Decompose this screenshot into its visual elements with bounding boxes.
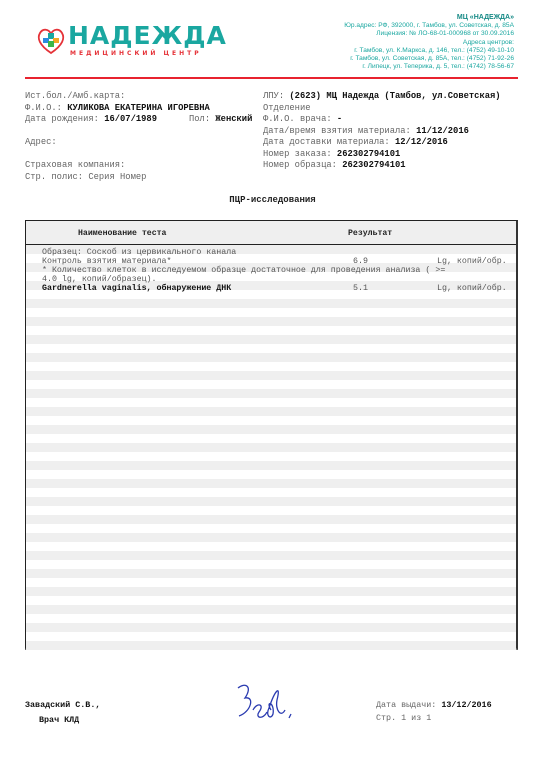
page-number: Стр. 1 из 1 bbox=[376, 713, 492, 723]
table-stripe bbox=[26, 497, 516, 506]
lpu-label: ЛПУ: bbox=[263, 91, 284, 101]
org-center-3: г. Липецк, ул. Теперика, д. 5, тел.: (47… bbox=[344, 63, 514, 71]
table-stripe bbox=[26, 605, 516, 614]
col-test-header: Наименование теста bbox=[78, 229, 166, 238]
table-body: Образец: Соскоб из цервикального канала … bbox=[26, 245, 516, 650]
results-table: Наименование теста Результат Образец: Со… bbox=[25, 220, 518, 650]
issue-date-label: Дата выдачи: bbox=[376, 700, 436, 710]
doctor-name: Завадский С.В., bbox=[25, 700, 100, 710]
table-row-test: Контроль взятия материала* bbox=[42, 257, 171, 266]
doctor-label: Ф.И.О. врача: bbox=[263, 114, 332, 124]
logo-subtitle: МЕДИЦИНСКИЙ ЦЕНТР bbox=[70, 50, 202, 57]
table-row-unit: Lg, копий/обр. bbox=[437, 284, 507, 293]
taken-label: Дата/время взятия материала: bbox=[263, 126, 411, 136]
sample-no-label: Номер образца: bbox=[263, 160, 337, 170]
patient-dob: 16/07/1989 bbox=[104, 114, 157, 124]
table-stripe bbox=[26, 533, 516, 542]
issue-info: Дата выдачи: 13/12/2016 Стр. 1 из 1 bbox=[376, 700, 492, 723]
table-row-note: * Количество клеток в исследуемом образц… bbox=[42, 266, 445, 275]
patient-name: КУЛИКОВА ЕКАТЕРИНА ИГОРЕВНА bbox=[67, 103, 210, 113]
table-stripe bbox=[26, 434, 516, 443]
table-stripe bbox=[26, 578, 516, 587]
table-stripe bbox=[26, 542, 516, 551]
table-stripe bbox=[26, 569, 516, 578]
doctor-value: - bbox=[337, 114, 342, 124]
table-stripe bbox=[26, 479, 516, 488]
table-stripe bbox=[26, 488, 516, 497]
table-stripe bbox=[26, 506, 516, 515]
table-stripe bbox=[26, 380, 516, 389]
table-row-unit: Lg, копий/обр. bbox=[437, 257, 507, 266]
policy-label: Стр. полис: Серия Номер bbox=[25, 172, 146, 182]
table-stripe bbox=[26, 299, 516, 308]
table-header: Наименование теста Результат bbox=[26, 221, 516, 245]
heart-cross-icon bbox=[36, 26, 66, 56]
table-stripe bbox=[26, 371, 516, 380]
table-stripe bbox=[26, 596, 516, 605]
table-stripe bbox=[26, 632, 516, 641]
table-stripe bbox=[26, 641, 516, 650]
order-no-label: Номер заказа: bbox=[263, 149, 332, 159]
table-row-value: 6.9 bbox=[353, 257, 368, 266]
table-row-note-cont: 4.0 lg, копий/образец). bbox=[42, 275, 157, 284]
table-stripe bbox=[26, 317, 516, 326]
org-name: МЦ «НАДЕЖДА» bbox=[344, 14, 514, 22]
table-stripe bbox=[26, 308, 516, 317]
table-row-test: Gardnerella vaginalis, обнаружение ДНК bbox=[42, 284, 231, 293]
table-stripe bbox=[26, 515, 516, 524]
header-divider bbox=[25, 77, 518, 79]
order-number: 262302794101 bbox=[337, 149, 400, 159]
order-info: ЛПУ: (2623) МЦ Надежда (Тамбов, ул.Совет… bbox=[263, 91, 501, 172]
table-stripe bbox=[26, 623, 516, 632]
patient-info: Ист.бол./Амб.карта: Ф.И.О.: КУЛИКОВА ЕКА… bbox=[25, 91, 252, 183]
org-license: Лицензия: № ЛО-68-01-000968 от 30.09.201… bbox=[344, 30, 514, 38]
table-stripe bbox=[26, 362, 516, 371]
sample-line: Образец: Соскоб из цервикального канала bbox=[42, 248, 236, 257]
logo-title: НАДЕЖДА bbox=[68, 21, 227, 50]
table-stripe bbox=[26, 443, 516, 452]
sex-label: Пол: bbox=[189, 114, 210, 124]
table-stripe bbox=[26, 398, 516, 407]
table-stripe bbox=[26, 452, 516, 461]
org-center-1: г. Тамбов, ул. К.Маркса, д. 146, тел.: (… bbox=[344, 47, 514, 55]
table-stripe bbox=[26, 353, 516, 362]
dob-label: Дата рождения: bbox=[25, 114, 99, 124]
table-stripe bbox=[26, 560, 516, 569]
table-stripe bbox=[26, 470, 516, 479]
table-row-value: 5.1 bbox=[353, 284, 368, 293]
table-stripe bbox=[26, 407, 516, 416]
table-stripe bbox=[26, 461, 516, 470]
taken-date: 11/12/2016 bbox=[416, 126, 469, 136]
card-label: Ист.бол./Амб.карта: bbox=[25, 91, 125, 101]
table-stripe bbox=[26, 614, 516, 623]
insurance-label: Страховая компания: bbox=[25, 160, 125, 170]
org-center-2: г. Тамбов, ул. Советская, д. 85А, тел.: … bbox=[344, 55, 514, 63]
lpu-value: (2623) МЦ Надежда (Тамбов, ул.Советская) bbox=[289, 91, 500, 101]
col-result-header: Результат bbox=[348, 229, 392, 238]
table-stripe bbox=[26, 551, 516, 560]
doctor-role: Врач КЛД bbox=[39, 715, 100, 725]
org-centers-label: Адреса центров: bbox=[344, 39, 514, 47]
address-label: Адрес: bbox=[25, 137, 57, 147]
delivered-label: Дата доставки материала: bbox=[263, 137, 390, 147]
table-stripe bbox=[26, 344, 516, 353]
signature-icon bbox=[235, 680, 295, 730]
table-stripe bbox=[26, 425, 516, 434]
department-label: Отделение bbox=[263, 103, 311, 113]
organization-info: МЦ «НАДЕЖДА» Юр.адрес: РФ, 392000, г. Та… bbox=[344, 14, 514, 71]
name-label: Ф.И.О.: bbox=[25, 103, 62, 113]
section-title: ПЦР-исследования bbox=[0, 195, 545, 205]
table-stripe bbox=[26, 326, 516, 335]
table-stripe bbox=[26, 335, 516, 344]
table-stripe bbox=[26, 524, 516, 533]
signer: Завадский С.В., Врач КЛД bbox=[25, 700, 100, 725]
logo: НАДЕЖДА МЕДИЦИНСКИЙ ЦЕНТР bbox=[36, 24, 226, 64]
table-stripe bbox=[26, 587, 516, 596]
patient-sex: Женский bbox=[215, 114, 252, 124]
table-stripe bbox=[26, 389, 516, 398]
org-legal-address: Юр.адрес: РФ, 392000, г. Тамбов, ул. Сов… bbox=[344, 22, 514, 30]
sample-number: 262302794101 bbox=[342, 160, 405, 170]
issue-date: 13/12/2016 bbox=[441, 700, 491, 710]
delivered-date: 12/12/2016 bbox=[395, 137, 448, 147]
table-stripe bbox=[26, 416, 516, 425]
